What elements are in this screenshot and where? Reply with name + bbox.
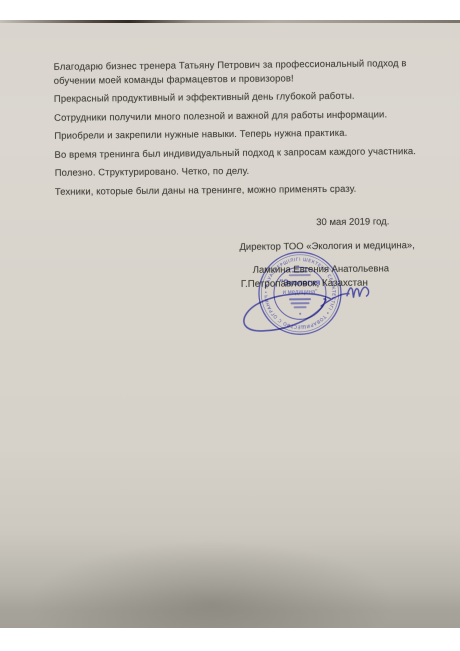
paper-photo: Благодарю бизнес тренера Татьяну Петрови… (0, 20, 460, 628)
letter-paragraph: Полезно. Структурировано. Четко, по делу… (55, 163, 435, 180)
handwritten-signature (235, 282, 382, 344)
bottom-white-margin (0, 628, 460, 651)
stamp-illegible-line (292, 271, 308, 273)
letter-paragraph: Техники, которые были даны на тренинге, … (55, 181, 435, 198)
letter-body: Благодарю бизнес тренера Татьяну Петрови… (54, 57, 435, 204)
top-white-margin (0, 0, 460, 20)
stamp-illegible-line (289, 274, 311, 276)
letter-paragraph: Прекрасный продуктивный и эффективный де… (54, 89, 434, 106)
paper-content: Благодарю бизнес тренера Татьяну Петрови… (0, 18, 460, 631)
letter-paragraph: Благодарю бизнес тренера Татьяну Петрови… (54, 57, 434, 88)
photographed-letter-page: Благодарю бизнес тренера Татьяну Петрови… (0, 0, 460, 651)
letter-date: 30 мая 2019 год. (316, 216, 389, 228)
letter-paragraph: Приобрели и закрепили нужные навыки. Теп… (54, 126, 434, 143)
letter-paragraph: Во время тренинга был индивидуальный под… (54, 144, 434, 161)
letter-paragraph: Сотрудники получили много полезной и важ… (54, 107, 434, 124)
